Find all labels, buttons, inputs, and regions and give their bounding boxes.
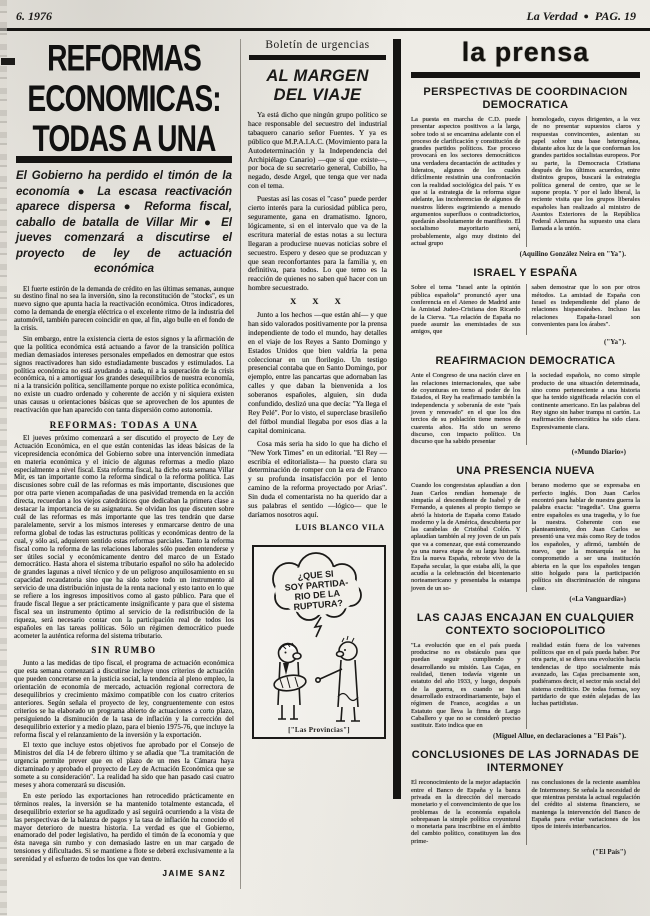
section-separator: X X X xyxy=(251,297,387,306)
press-section-reafirmacion: REAFIRMACION DEMOCRATICA Ante el Congres… xyxy=(411,355,640,456)
section-text: realidad están fuera de los vaivenes pol… xyxy=(526,642,641,730)
section-title: REAFIRMACION DEMOCRATICA xyxy=(411,355,640,368)
cartoon-drawing: ¿QUE SI SOY PARTIDA- RIO DE LA RUPTURA? xyxy=(254,547,380,731)
section-text: berano moderno que se expresaba en perfe… xyxy=(526,482,641,591)
paragraph: Ya está dicho que ningún grupo político … xyxy=(248,111,387,191)
section-text: saben demostrar que lo son por otros mét… xyxy=(526,284,641,335)
paragraph: Junto a los hechos —que están ahí— y que… xyxy=(248,311,387,436)
section-title: ISRAEL Y ESPAÑA xyxy=(411,267,640,280)
press-section-presencia: UNA PRESENCIA NUEVA Cuando los congresis… xyxy=(411,465,640,602)
author-byline: JAIME SANZ xyxy=(14,870,226,878)
headline-line-1: REFORMAS ECONOMICAS: xyxy=(27,39,220,120)
headline-line-2: TODAS A UNA xyxy=(33,120,216,160)
section-attribution: («La Vanguardia») xyxy=(411,595,640,603)
bandaged-man xyxy=(273,643,307,719)
newspaper-page: 6. 1976 La Verdad ● PAG. 19 REFORMAS ECO… xyxy=(0,0,650,916)
paragraph: En este período las exportaciones han re… xyxy=(14,793,234,864)
cartoon-credit: ["Las Provincias"] xyxy=(254,726,384,734)
section-title: PERSPECTIVAS DE COORDINACION DEMOCRATICA xyxy=(411,86,640,112)
page-header: 6. 1976 La Verdad ● PAG. 19 xyxy=(0,0,650,26)
paragraph: Cosa más seria ha sido lo que ha dicho e… xyxy=(248,440,387,520)
section-text: la sociedad española, no como simple pro… xyxy=(526,372,641,445)
paragraph: El texto que incluye estos objetivos fue… xyxy=(14,742,234,789)
bulletin-kicker: Boletín de urgencias xyxy=(248,39,387,51)
section-title: UNA PRESENCIA NUEVA xyxy=(411,465,640,478)
section-attribution: (Aquilino González Neira en "Ya"). xyxy=(411,250,640,258)
pointing-man xyxy=(316,636,360,721)
section-text: homologado, cuyos dirigentes, a la vez d… xyxy=(526,116,641,247)
section-text: "La evolución que en el país pueda produ… xyxy=(411,642,526,730)
lead-article: REFORMAS ECONOMICAS: TODAS A UNA El Gobi… xyxy=(0,31,240,878)
bulletin-kicker-bar xyxy=(249,55,386,60)
columns: REFORMAS ECONOMICAS: TODAS A UNA El Gobi… xyxy=(0,31,650,889)
bleed-dash xyxy=(1,58,15,65)
la-prensa-column: la prensa PERSPECTIVAS DE COORDINACION D… xyxy=(401,31,650,865)
section-text: ras conclusiones de la reciente asamblea… xyxy=(526,779,641,845)
bulletin-title: AL MARGEN DEL VIAJE xyxy=(248,67,387,105)
masthead-title: La Verdad xyxy=(526,9,577,23)
section-attribution: ("Ya"). xyxy=(411,338,640,346)
editorial-cartoon: ¿QUE SI SOY PARTIDA- RIO DE LA RUPTURA? xyxy=(252,545,386,739)
section-title: CONCLUSIONES DE LAS JORNADAS DE INTERMON… xyxy=(411,749,640,775)
author-byline: LUIS BLANCO VILA xyxy=(248,524,385,533)
bulletin-body: Ya está dicho que ningún grupo político … xyxy=(248,111,387,533)
lead-article-body: El fuerte estirón de la demanda de crédi… xyxy=(14,286,234,878)
header-date: 6. 1976 xyxy=(16,9,52,24)
page-edge-bleed xyxy=(0,0,7,916)
section-text: El reconocimiento de la mejor adaptación… xyxy=(411,779,526,845)
section-attribution: («Mundo Diario») xyxy=(411,448,640,456)
la-prensa-logo: la prensa xyxy=(411,37,640,67)
paragraph: El fuerte estirón de la demanda de crédi… xyxy=(14,286,234,333)
la-prensa-bar xyxy=(411,72,640,78)
section-text: Ante el Congreso de una nación clave en … xyxy=(411,372,526,445)
masthead: La Verdad ● PAG. 19 xyxy=(526,9,636,24)
lead-headline: REFORMAS ECONOMICAS: TODAS A UNA xyxy=(21,39,228,160)
section-text: Sobre el tema "Israel ante la opinión pú… xyxy=(411,284,526,335)
section-text: La puesta en marcha de C.D. puede presen… xyxy=(411,116,526,247)
standfirst: El Gobierno ha perdido el timón de la ec… xyxy=(16,169,232,278)
page-number: PAG. 19 xyxy=(595,9,636,23)
press-section-perspectivas: PERSPECTIVAS DE COORDINACION DEMOCRATICA… xyxy=(411,86,640,258)
bullet-separator: ● xyxy=(580,11,591,21)
press-section-israel: ISRAEL Y ESPAÑA Sobre el tema "Israel an… xyxy=(411,267,640,346)
crosshead-sin-rumbo: SIN RUMBO xyxy=(14,647,234,655)
paragraph: El jueves próximo comenzará a ser discut… xyxy=(14,435,234,641)
press-section-intermoney: CONCLUSIONES DE LAS JORNADAS DE INTERMON… xyxy=(411,749,640,856)
crosshead-reformas: REFORMAS: TODAS A UNA xyxy=(14,422,234,430)
thick-column-bar xyxy=(393,39,401,799)
section-title: LAS CAJAS ENCAJAN EN CUALQUIER CONTEXTO … xyxy=(411,612,640,638)
paragraph: Junto a las medidas de tipo fiscal, el p… xyxy=(14,660,234,739)
press-section-cajas: LAS CAJAS ENCAJAN EN CUALQUIER CONTEXTO … xyxy=(411,612,640,741)
paragraph: Puestas así las cosas el "caso" puede pe… xyxy=(248,195,387,293)
section-attribution: ("El País") xyxy=(411,848,640,856)
section-attribution: (Miguel Allue, en declaraciones a "El Pa… xyxy=(411,732,640,740)
bulletin-column: Boletín de urgencias AL MARGEN DEL VIAJE… xyxy=(241,31,393,739)
section-text: Cuando los congresistas aplaudían a don … xyxy=(411,482,526,591)
paragraph: Sin embargo, entre la existencia cierta … xyxy=(14,336,234,415)
